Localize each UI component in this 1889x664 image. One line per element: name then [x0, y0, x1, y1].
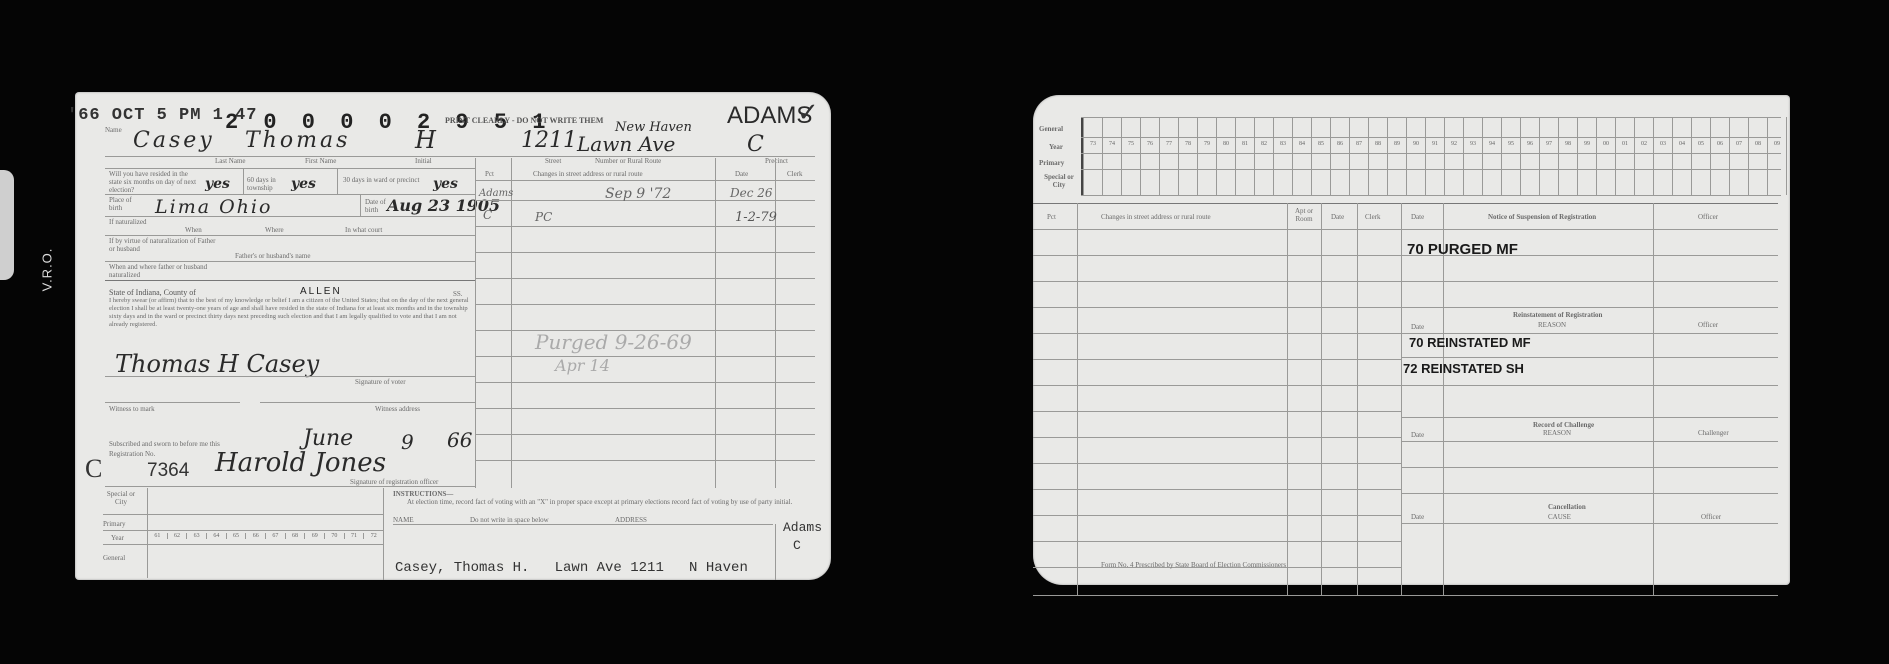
first-name-label: First Name: [305, 157, 336, 165]
oath-text: I hereby swear (or affirm) that to the b…: [109, 297, 469, 329]
check-mark-icon: ✓: [797, 98, 819, 128]
reinstatement-header-officer: Officer: [1698, 321, 1718, 329]
changes-row2-change: PC: [535, 210, 552, 224]
back-changes-header-apt: Apt or Room: [1290, 207, 1318, 223]
back-year-cell: 92: [1444, 117, 1463, 195]
back-year-cell: 04: [1672, 117, 1691, 195]
father-when-where-label: When and where father or husband natural…: [109, 263, 219, 279]
changes-row2-date: 1-2-79: [735, 210, 777, 225]
back-year-cell: 87: [1349, 117, 1368, 195]
cancellation-header-date: Date: [1411, 513, 1424, 521]
front-grid-label-general: General: [103, 554, 125, 562]
back-year-cell: 08: [1748, 117, 1767, 195]
back-year-cell: 91: [1425, 117, 1444, 195]
back-year-cell: 77: [1159, 117, 1178, 195]
front-year-cell: 72: [363, 533, 383, 539]
reinstatement-title: Reinstatement of Registration: [1513, 311, 1602, 319]
back-year-cell: 85: [1311, 117, 1330, 195]
front-grid-label-special: Special or City: [103, 490, 139, 506]
back-year-cell: 93: [1463, 117, 1482, 195]
back-year-cell: 82: [1254, 117, 1273, 195]
city-note-value: New Haven: [615, 120, 692, 135]
back-year-cell: 02: [1634, 117, 1653, 195]
oath-state-county-label: State of Indiana, County of: [109, 288, 196, 297]
typed-precinct: C: [793, 538, 801, 553]
faint-april-entry: Apr 14: [555, 356, 610, 375]
back-year-cell: 98: [1558, 117, 1577, 195]
back-year-cell: 78: [1178, 117, 1197, 195]
back-year-cell: 99: [1577, 117, 1596, 195]
suspension-header-officer: Officer: [1698, 213, 1718, 221]
initial-label: Initial: [415, 157, 432, 165]
changes-header-pct: Pct: [485, 170, 494, 178]
reinstatement-entry-1: 70 REINSTATED MF: [1409, 335, 1531, 350]
front-year-cell: 61: [147, 533, 167, 539]
subscribed-day: 9: [401, 430, 414, 454]
back-year-cell: 95: [1501, 117, 1520, 195]
front-grid-label-year: Year: [111, 534, 124, 542]
subscribed-year: 66: [447, 428, 472, 452]
back-grid-label-primary: Primary: [1039, 159, 1064, 167]
back-year-cell: 75: [1121, 117, 1140, 195]
subscribed-label: Subscribed and sworn to before me this: [109, 440, 220, 448]
changes-header-date: Date: [735, 170, 748, 178]
changes-row1-date: Dec 26: [730, 186, 773, 200]
back-changes-header-date: Date: [1331, 213, 1344, 221]
back-year-cell: 90: [1406, 117, 1425, 195]
back-grid-label-general: General: [1039, 125, 1063, 133]
back-year-cell: 07: [1729, 117, 1748, 195]
naturalized-when-label: When: [185, 226, 202, 234]
witness-mark-label: Witness to mark: [109, 405, 155, 413]
reinstatement-header-reason: REASON: [1538, 321, 1566, 329]
residency-ward-answer: yes: [433, 176, 458, 192]
registration-card-front: V.R.O. '66 OCT 5 PM 1 47 2 0 0 0 0 2 9 5…: [75, 92, 831, 580]
changes-row2-pct: C: [483, 208, 492, 222]
back-year-cell: 06: [1710, 117, 1729, 195]
changes-header-address: Changes in street address or rural route: [533, 170, 643, 178]
back-changes-header-address: Changes in street address or rural route: [1101, 213, 1211, 221]
back-year-cell: 81: [1235, 117, 1254, 195]
back-year-cell: 96: [1520, 117, 1539, 195]
back-year-cell: 89: [1387, 117, 1406, 195]
front-year-cell: 62: [167, 533, 187, 539]
back-grid-label-special: Special or City: [1039, 173, 1079, 189]
precinct-label: Precinct: [765, 157, 788, 165]
instructions-name-label: NAME: [393, 516, 414, 524]
voter-signature: Thomas H Casey: [115, 350, 319, 378]
back-year-cell: 94: [1482, 117, 1501, 195]
challenge-title: Record of Challenge: [1533, 421, 1594, 429]
cancellation-header-officer: Officer: [1701, 513, 1721, 521]
street-value: Lawn Ave: [577, 132, 675, 156]
naturalized-label: If naturalized: [109, 218, 169, 226]
back-year-cell: 03: [1653, 117, 1672, 195]
registration-officer-signature: Harold Jones: [215, 448, 386, 478]
front-year-cell: 70: [324, 533, 344, 539]
back-changes-header-clerk: Clerk: [1365, 213, 1381, 221]
front-grid-label-primary: Primary: [103, 520, 126, 528]
residency-township-answer: yes: [291, 176, 316, 192]
instructions-address-label: ADDRESS: [615, 516, 647, 524]
back-changes-header-pct: Pct: [1047, 213, 1056, 221]
witness-address-label: Witness address: [375, 405, 420, 413]
print-instruction: PRINT CLEARLY - DO NOT WRITE THEM: [445, 116, 603, 125]
registration-number-value: 7364: [147, 460, 189, 482]
voter-signature-label: Signature of voter: [355, 378, 406, 386]
back-year-cell: 86: [1330, 117, 1349, 195]
changes-row1-change: Sep 9 '72: [605, 186, 671, 202]
back-year-cell: 80: [1216, 117, 1235, 195]
back-year-cell: 09: [1767, 117, 1787, 195]
instructions-title: INSTRUCTIONS—: [393, 490, 453, 498]
scan-edge-artifact: [0, 170, 14, 280]
naturalized-court-label: In what court: [345, 226, 382, 234]
cancellation-title: Cancellation: [1548, 503, 1586, 511]
suspension-header-date: Date: [1411, 213, 1424, 221]
street-label: Street: [545, 157, 561, 165]
faint-purged-entry: Purged 9-26-69: [535, 330, 692, 354]
cancellation-header-cause: CAUSE: [1548, 513, 1571, 521]
front-year-row: 61 62 63 64 65 66 67 68 69 70 71 72: [147, 533, 383, 539]
back-year-cell: 88: [1368, 117, 1387, 195]
front-year-cell: 71: [344, 533, 364, 539]
typed-township: Adams: [783, 520, 822, 535]
back-year-cell: 84: [1292, 117, 1311, 195]
registration-prefix-letter: C: [85, 454, 102, 484]
residency-state-question: Will you have resided in the state six m…: [109, 170, 199, 194]
challenge-header-challenger: Challenger: [1698, 429, 1729, 437]
front-year-cell: 63: [186, 533, 206, 539]
back-grid-label-year: Year: [1049, 143, 1063, 151]
back-year-cell: 05: [1691, 117, 1710, 195]
changes-row1-pct: Adams: [479, 188, 513, 199]
reinstatement-entry-2: 72 REINSTATED SH: [1403, 361, 1524, 376]
typed-index-line: Casey, Thomas H. Lawn Ave 1211 N Haven: [395, 560, 748, 576]
back-year-cell: 73: [1083, 117, 1102, 195]
street-number-value: 1211: [521, 128, 577, 153]
form-footer: Form No. 4 Prescribed by State Board of …: [1101, 561, 1286, 569]
last-name-label: Last Name: [215, 157, 246, 165]
front-year-cell: 69: [304, 533, 324, 539]
front-year-cell: 68: [285, 533, 305, 539]
front-year-cell: 66: [245, 533, 265, 539]
residency-ward-question: 30 days in ward or precinct: [343, 176, 423, 184]
reinstatement-header-date: Date: [1411, 323, 1424, 331]
back-year-cell: 79: [1197, 117, 1216, 195]
father-naturalization-label: If by virtue of naturalization of Father…: [109, 237, 219, 253]
back-year-cell: 76: [1140, 117, 1159, 195]
front-year-cell: 64: [206, 533, 226, 539]
number-rural-route-label: Number or Rural Route: [595, 157, 661, 165]
back-year-row: 73 74 75 76 77 78 79 80 81 82 83 84 85 8…: [1083, 117, 1787, 195]
father-name-label: Father's or husband's name: [235, 252, 310, 260]
county-value: ALLEN: [300, 286, 342, 297]
name-prefix-label: Name: [105, 126, 122, 134]
first-name-value: Thomas: [245, 128, 350, 153]
back-year-cell: 01: [1615, 117, 1634, 195]
registration-card-back: General Year Primary Special or City 73 …: [1033, 95, 1790, 585]
registration-number-label: Registration No.: [109, 450, 155, 458]
naturalized-where-label: Where: [265, 226, 284, 234]
back-year-cell: 97: [1539, 117, 1558, 195]
birthplace-value: Lima Ohio: [155, 196, 272, 218]
residency-state-answer: yes: [205, 176, 230, 192]
front-year-cell: 67: [265, 533, 285, 539]
challenge-header-reason: REASON: [1543, 429, 1571, 437]
instructions-do-not-write: Do not write in space below: [470, 516, 549, 524]
suspension-header-notice: Notice of Suspension of Registration: [1488, 213, 1596, 221]
vro-label: V.R.O.: [39, 248, 54, 292]
last-name-value: Casey: [133, 128, 215, 153]
registration-officer-label: Signature of registration officer: [350, 478, 438, 486]
instructions-text: At election time, record fact of voting …: [407, 498, 807, 506]
birthplace-label: Place of birth: [109, 196, 139, 212]
challenge-header-date: Date: [1411, 431, 1424, 439]
initial-value: H: [415, 126, 436, 154]
back-year-cell: 00: [1596, 117, 1615, 195]
back-year-cell: 83: [1273, 117, 1292, 195]
front-year-cell: 65: [226, 533, 246, 539]
back-year-cell: 74: [1102, 117, 1121, 195]
changes-header-clerk: Clerk: [787, 170, 803, 178]
precinct-value: C: [747, 132, 764, 157]
